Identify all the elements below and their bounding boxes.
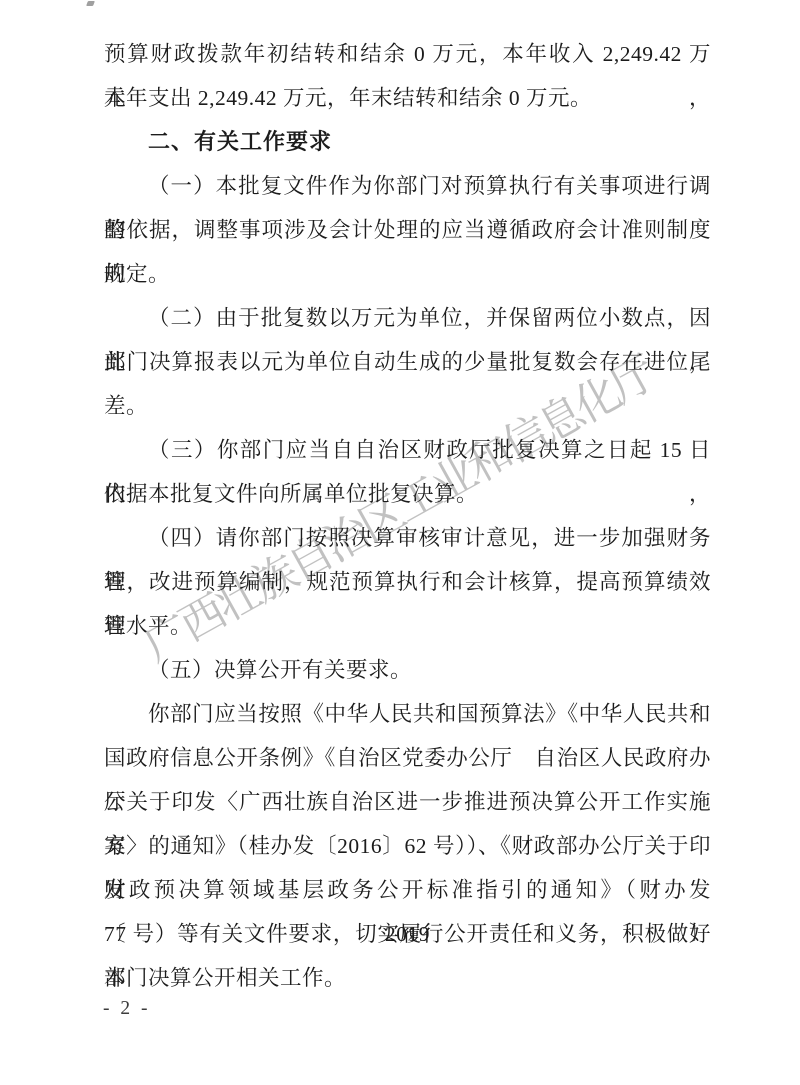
text-line: 部门决算报表以元为单位自动生成的少量批复数会存在进位尾: [104, 340, 711, 384]
text-line: 你部门应当按照《中华人民共和国预算法》《中华人民共和: [104, 692, 711, 736]
text-line: （三）你部门应当自自治区财政厅批复决算之日起 15 日内，: [104, 428, 711, 472]
text-line: 财政预决算领域基层政务公开标准指引的通知》（财办发〔2019〕: [104, 868, 711, 912]
text-line: 的依据，调整事项涉及会计处理的应当遵循政府会计准则制度的: [104, 208, 711, 252]
text-line: 理水平。: [104, 604, 711, 648]
text-line: （一）本批复文件作为你部门对预算执行有关事项进行调整: [104, 164, 711, 208]
text-line: 部门决算公开相关工作。: [104, 956, 711, 1000]
text-line: 差。: [104, 384, 711, 428]
text-line: 规定。: [104, 252, 711, 296]
text-line: 77 号）等有关文件要求，切实履行公开责任和义务，积极做好本: [104, 912, 711, 956]
document-page: 广西壮族自治区工业和信息化厅 预算财政拨款年初结转和结余 0 万元，本年收入 2…: [0, 0, 800, 1085]
text-line: 案〉的通知》（桂办发〔2016〕62 号））、《财政部办公厅关于印发: [104, 824, 711, 868]
text-line: （四）请你部门按照决算审核审计意见，进一步加强财务管: [104, 516, 711, 560]
text-line: 理，改进预算编制，规范预算执行和会计核算，提高预算绩效管: [104, 560, 711, 604]
text-line: （二）由于批复数以万元为单位，并保留两位小数点，因此，: [104, 296, 711, 340]
page-number: - 2 -: [103, 998, 151, 1020]
text-line: 国政府信息公开条例》《自治区党委办公厅 自治区人民政府办公: [104, 736, 711, 780]
section-heading: 二、有关工作要求: [104, 120, 711, 164]
text-line: （五）决算公开有关要求。: [104, 648, 711, 692]
text-line: 预算财政拨款年初结转和结余 0 万元，本年收入 2,249.42 万元，: [104, 32, 711, 76]
text-line: 厅关于印发〈广西壮族自治区进一步推进预决算公开工作实施方: [104, 780, 711, 824]
scan-artifact-speck: [86, 1, 95, 6]
document-body: 预算财政拨款年初结转和结余 0 万元，本年收入 2,249.42 万元， 本年支…: [104, 32, 711, 1000]
